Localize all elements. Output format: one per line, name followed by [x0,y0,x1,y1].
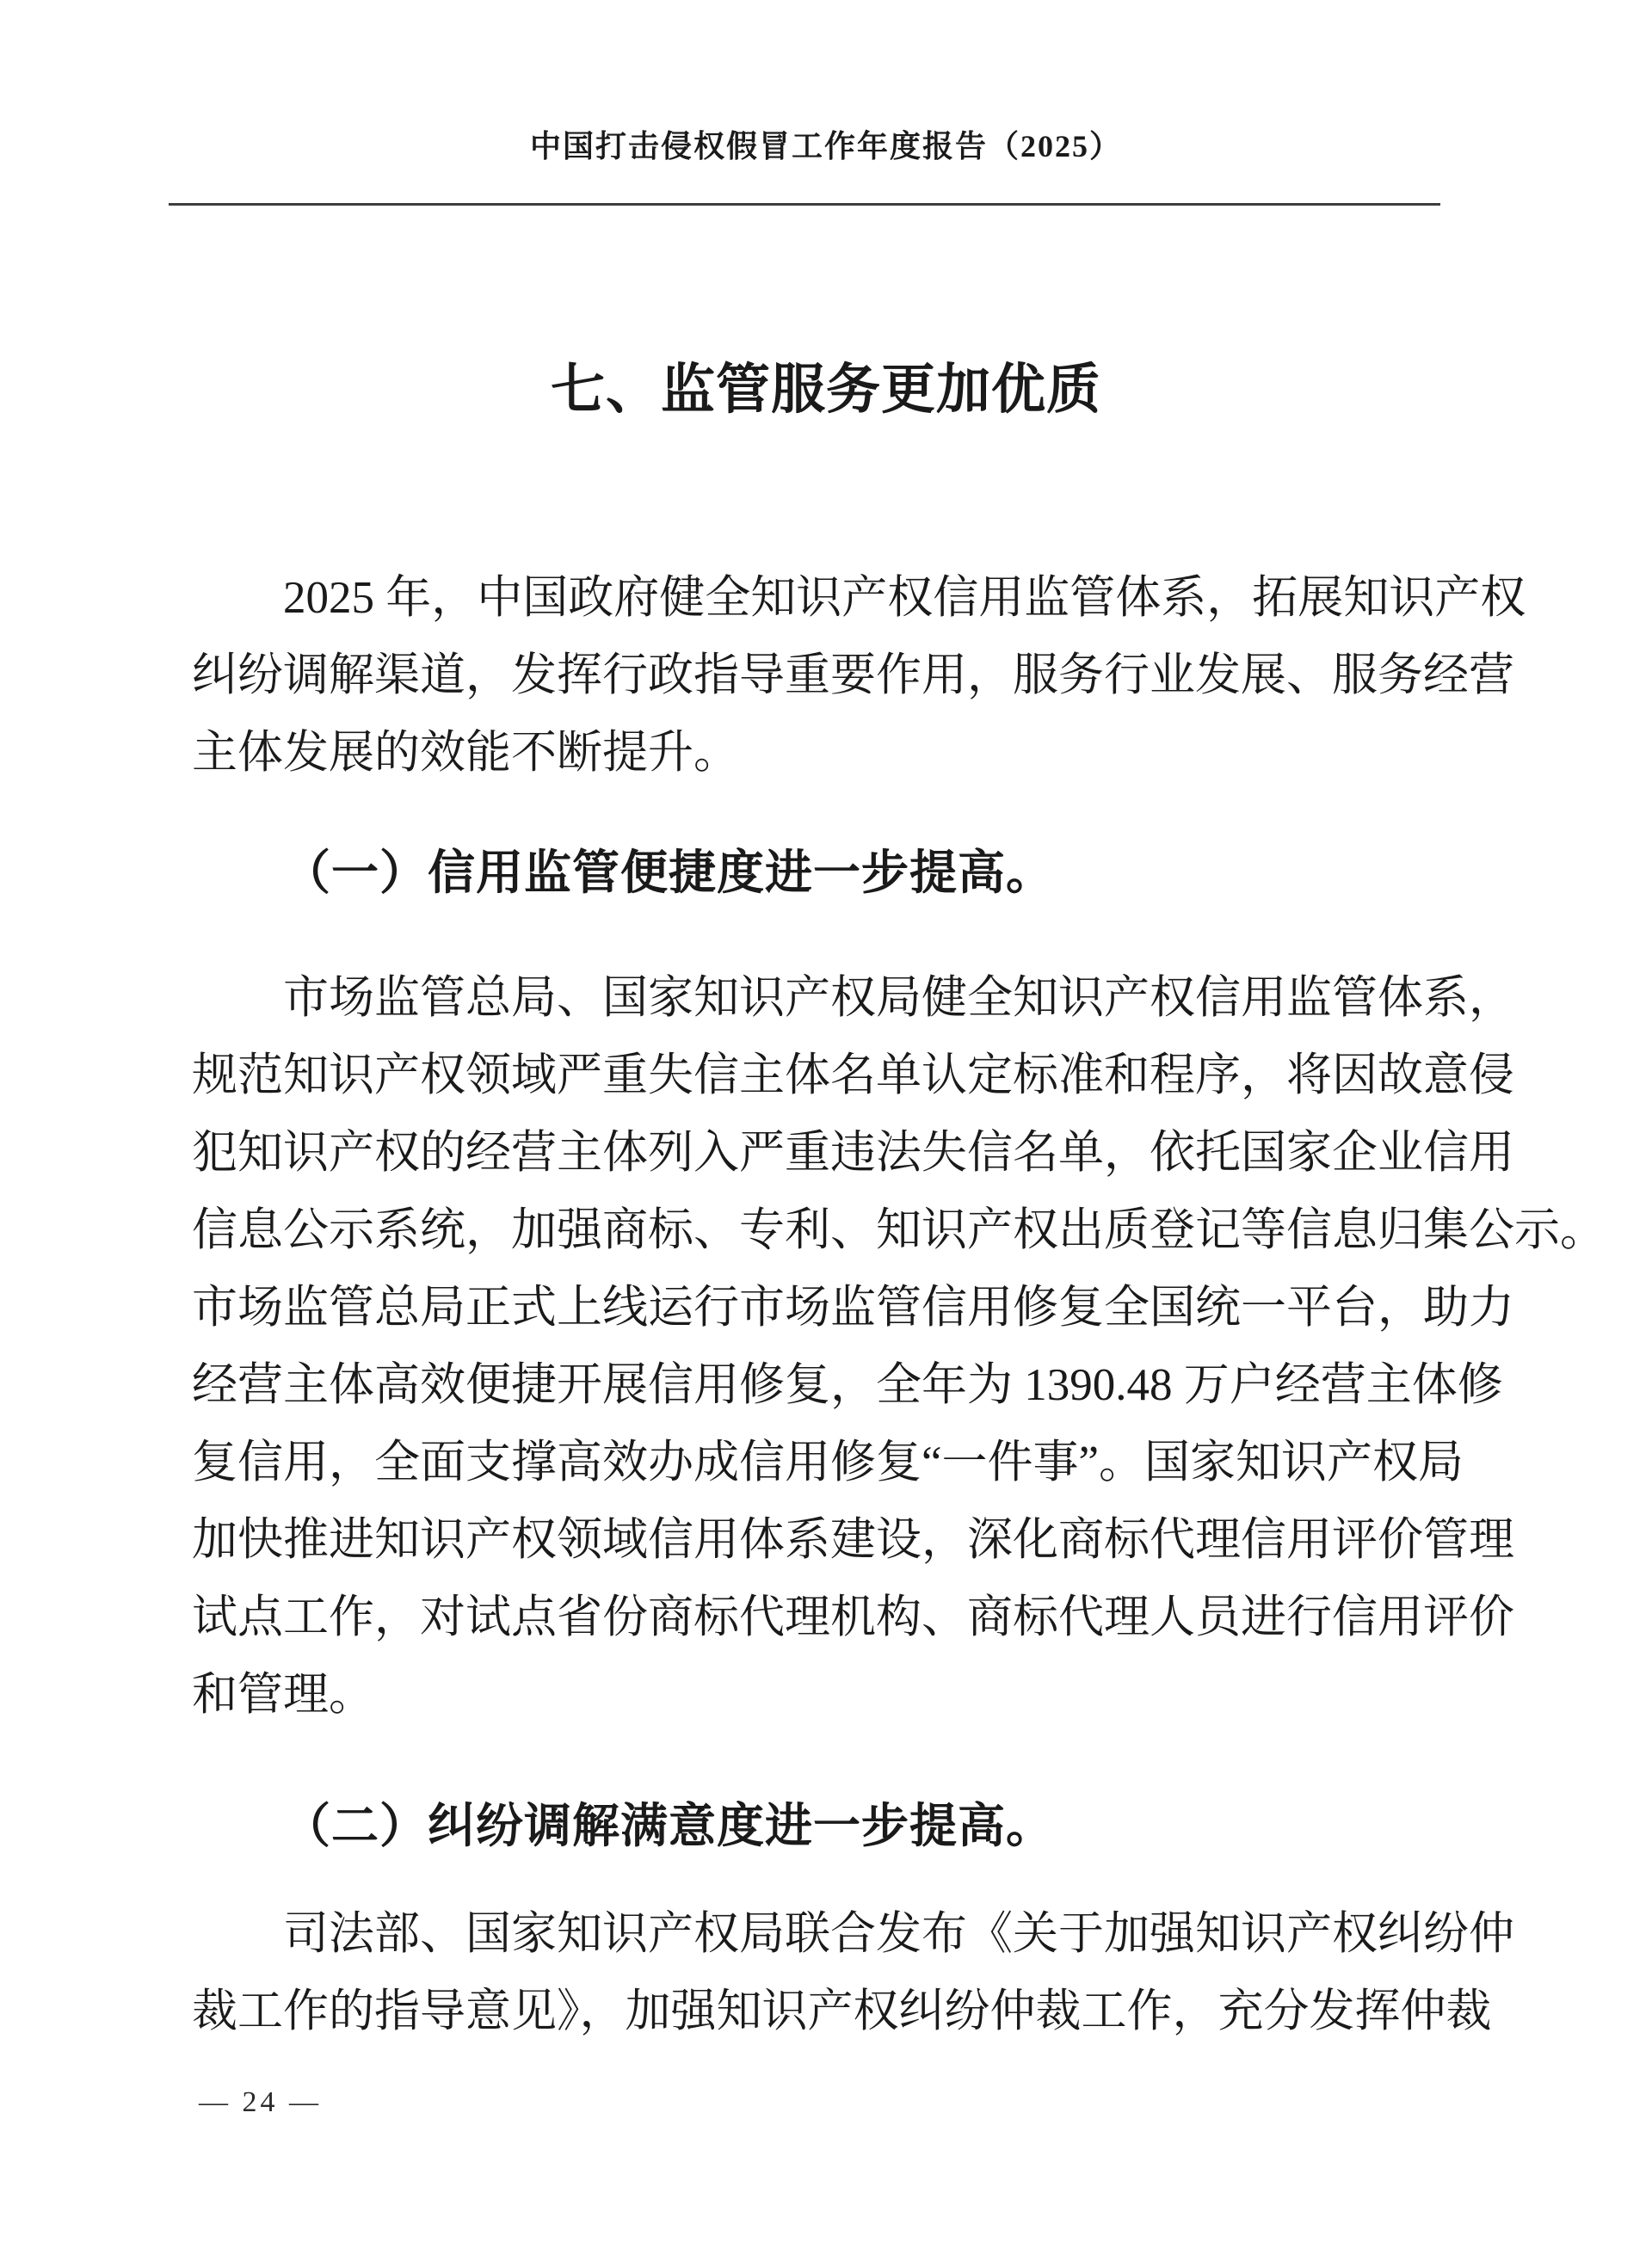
page-number: — 24 — [199,2082,322,2123]
paragraph-line: 复信用，全面支撑高效办成信用修复“一件事”。国家知识产权局 [192,1424,1455,1501]
paragraph-line: 经营主体高效便捷开展信用修复，全年为 1390.48 万户经营主体修 [192,1346,1455,1424]
running-header: 中国打击侵权假冒工作年度报告（2025） [0,122,1652,166]
paragraph-line: 裁工作的指导意见》，加强知识产权纠纷仲裁工作，充分发挥仲裁 [192,1973,1455,2050]
intro-paragraph: 2025 年，中国政府健全知识产权信用监管体系，拓展知识产权 纠纷调解渠道，发挥… [192,559,1455,791]
section1-paragraph: 市场监管总局、国家知识产权局健全知识产权信用监管体系， 规范知识产权领域严重失信… [192,959,1455,1734]
paragraph-line: 信息公示系统，加强商标、专利、知识产权出质登记等信息归集公示。 [192,1192,1455,1269]
paragraph-line: 试点工作，对试点省份商标代理机构、商标代理人员进行信用评价 [192,1579,1455,1656]
section-heading-1: （一）信用监管便捷度进一步提高。 [192,834,1455,911]
paragraph-line: 纠纷调解渠道，发挥行政指导重要作用，服务行业发展、服务经营 [192,637,1455,714]
section2-paragraph: 司法部、国家知识产权局联合发布《关于加强知识产权纠纷仲 裁工作的指导意见》，加强… [192,1895,1455,2050]
paragraph-line: 犯知识产权的经营主体列入严重违法失信名单，依托国家企业信用 [192,1114,1455,1192]
document-page: 中国打击侵权假冒工作年度报告（2025） 七、监管服务更加优质 2025 年，中… [0,0,1652,2242]
paragraph-line: 司法部、国家知识产权局联合发布《关于加强知识产权纠纷仲 [192,1895,1455,1973]
paragraph-line: 加快推进知识产权领域信用体系建设，深化商标代理信用评价管理 [192,1501,1455,1579]
paragraph-line: 2025 年，中国政府健全知识产权信用监管体系，拓展知识产权 [192,559,1455,637]
paragraph-line: 市场监管总局、国家知识产权局健全知识产权信用监管体系， [192,959,1455,1037]
section-heading-2: （二）纠纷调解满意度进一步提高。 [192,1787,1455,1864]
paragraph-line: 规范知识产权领域严重失信主体名单认定标准和程序，将因故意侵 [192,1037,1455,1114]
chapter-title: 七、监管服务更加优质 [0,346,1652,424]
header-rule [169,203,1440,206]
paragraph-line: 市场监管总局正式上线运行市场监管信用修复全国统一平台，助力 [192,1269,1455,1346]
paragraph-line: 和管理。 [192,1656,1455,1734]
paragraph-line: 主体发展的效能不断提升。 [192,714,1455,791]
